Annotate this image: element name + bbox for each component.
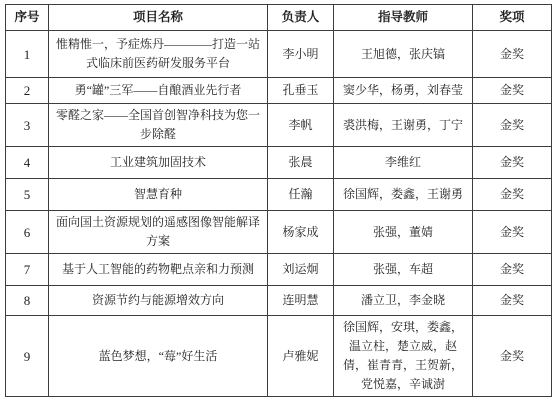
table-row: 6 面向国土资源规划的遥感图像智能解译方案 杨家成 张强，董婧 金奖 <box>6 211 552 254</box>
leader-cell: 任瀚 <box>268 179 334 211</box>
leader-cell: 卢雅妮 <box>268 316 334 397</box>
project-name-cell: 勇“罐”三军——自酿酒业先行者 <box>49 78 268 104</box>
award-cell: 金奖 <box>473 286 552 316</box>
project-name-cell: 基于人工智能的药物靶点亲和力预测 <box>49 254 268 286</box>
project-name-cell: 零醛之家——全国首创智净科技为您一步除醛 <box>49 104 268 147</box>
award-cell: 金奖 <box>473 147 552 179</box>
advisors-cell: 徐国辉，安琪，娄鑫，温立柱，楚立威，赵倩，崔青青，王贺新，党悦嘉，辛诚澍 <box>334 316 473 397</box>
project-name-cell: 工业建筑加固技术 <box>49 147 268 179</box>
project-name-cell: 资源节约与能源增效方向 <box>49 286 268 316</box>
leader-cell: 杨家成 <box>268 211 334 254</box>
header-cell-project-name: 项目名称 <box>49 5 268 31</box>
awards-table: 序号 项目名称 负责人 指导教师 奖项 1 惟精惟一，予症炼丹————打造一站式… <box>5 4 552 397</box>
table-row: 5 智慧育种 任瀚 徐国辉，娄鑫，王谢勇 金奖 <box>6 179 552 211</box>
advisors-cell: 张强，车超 <box>334 254 473 286</box>
header-cell-award: 奖项 <box>473 5 552 31</box>
row-number-cell: 3 <box>6 104 49 147</box>
leader-cell: 李小明 <box>268 31 334 78</box>
award-cell: 金奖 <box>473 254 552 286</box>
header-cell-leader: 负责人 <box>268 5 334 31</box>
award-cell: 金奖 <box>473 179 552 211</box>
header-cell-advisors: 指导教师 <box>334 5 473 31</box>
award-cell: 金奖 <box>473 104 552 147</box>
leader-cell: 李帆 <box>268 104 334 147</box>
award-cell: 金奖 <box>473 78 552 104</box>
advisors-cell: 徐国辉，娄鑫，王谢勇 <box>334 179 473 211</box>
header-row: 序号 项目名称 负责人 指导教师 奖项 <box>6 5 552 31</box>
award-cell: 金奖 <box>473 31 552 78</box>
leader-cell: 刘运炯 <box>268 254 334 286</box>
row-number-cell: 7 <box>6 254 49 286</box>
row-number-cell: 9 <box>6 316 49 397</box>
advisors-cell: 裘洪梅，王谢勇，丁宁 <box>334 104 473 147</box>
row-number-cell: 4 <box>6 147 49 179</box>
project-name-cell: 智慧育种 <box>49 179 268 211</box>
project-name-cell: 面向国土资源规划的遥感图像智能解译方案 <box>49 211 268 254</box>
row-number-cell: 1 <box>6 31 49 78</box>
advisors-cell: 王旭德，张庆镐 <box>334 31 473 78</box>
table-row: 3 零醛之家——全国首创智净科技为您一步除醛 李帆 裘洪梅，王谢勇，丁宁 金奖 <box>6 104 552 147</box>
row-number-cell: 8 <box>6 286 49 316</box>
table-row: 4 工业建筑加固技术 张晨 李维红 金奖 <box>6 147 552 179</box>
advisors-cell: 潘立卫，李金晓 <box>334 286 473 316</box>
row-number-cell: 6 <box>6 211 49 254</box>
row-number-cell: 2 <box>6 78 49 104</box>
project-name-cell: 蓝色梦想，“莓”好生活 <box>49 316 268 397</box>
leader-cell: 连明慧 <box>268 286 334 316</box>
table-row: 8 资源节约与能源增效方向 连明慧 潘立卫，李金晓 金奖 <box>6 286 552 316</box>
advisors-cell: 李维红 <box>334 147 473 179</box>
advisors-cell: 张强，董婧 <box>334 211 473 254</box>
table-row: 9 蓝色梦想，“莓”好生活 卢雅妮 徐国辉，安琪，娄鑫，温立柱，楚立威，赵倩，崔… <box>6 316 552 397</box>
award-cell: 金奖 <box>473 316 552 397</box>
header-cell-number: 序号 <box>6 5 49 31</box>
row-number-cell: 5 <box>6 179 49 211</box>
leader-cell: 孔垂玉 <box>268 78 334 104</box>
advisors-cell: 窦少华，杨勇，刘春莹 <box>334 78 473 104</box>
table-row: 2 勇“罐”三军——自酿酒业先行者 孔垂玉 窦少华，杨勇，刘春莹 金奖 <box>6 78 552 104</box>
project-name-cell: 惟精惟一，予症炼丹————打造一站式临床前医药研发服务平台 <box>49 31 268 78</box>
leader-cell: 张晨 <box>268 147 334 179</box>
table-row: 1 惟精惟一，予症炼丹————打造一站式临床前医药研发服务平台 李小明 王旭德，… <box>6 31 552 78</box>
award-cell: 金奖 <box>473 211 552 254</box>
table-row: 7 基于人工智能的药物靶点亲和力预测 刘运炯 张强，车超 金奖 <box>6 254 552 286</box>
